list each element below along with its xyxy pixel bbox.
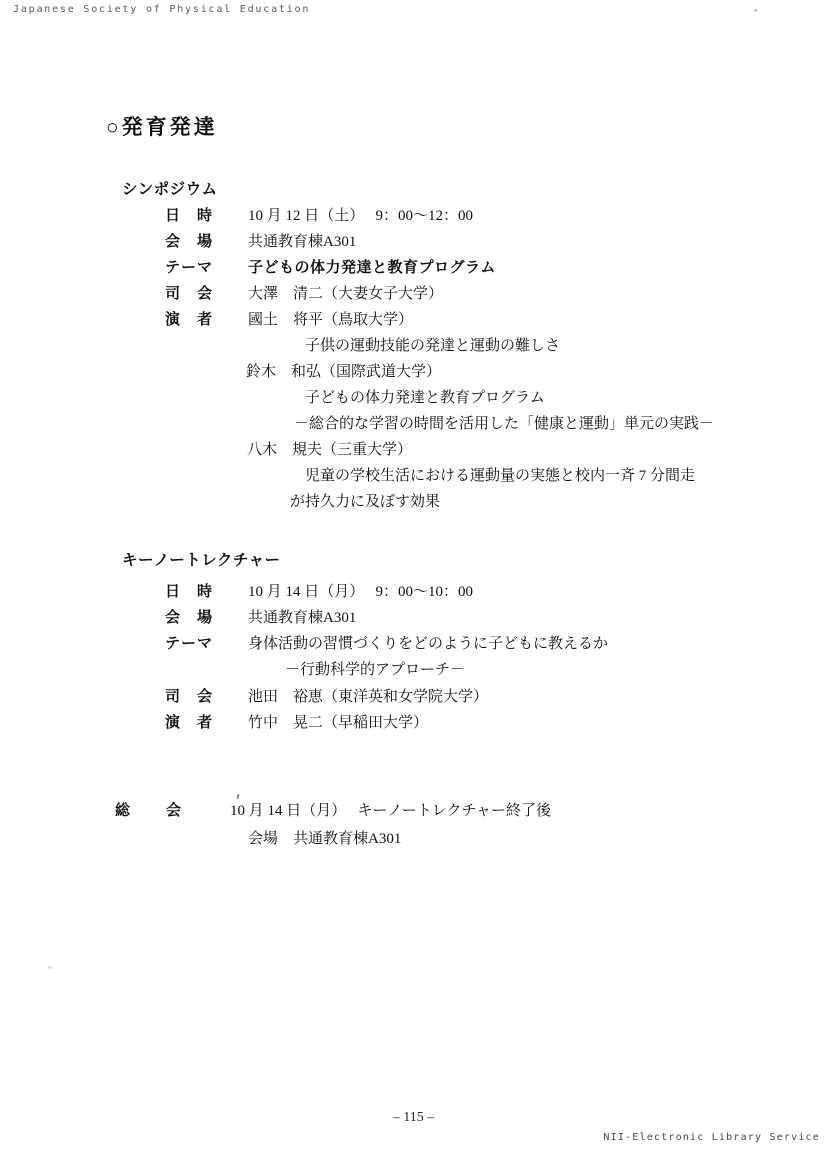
page-number: – 115 – xyxy=(0,1110,827,1126)
symposium-speaker-label: 演 者 xyxy=(165,311,213,329)
symposium-speaker2-name: 鈴木 和弘（国際武道大学） xyxy=(246,363,441,381)
symposium-speaker1-title: 子供の運動技能の発達と運動の難しさ xyxy=(305,337,560,355)
keynote-theme-label: テーマ xyxy=(165,635,213,653)
keynote-datetime-value: 10 月 14 日（月） 9：00～10：00 xyxy=(248,583,473,601)
general-meeting-label: 総 会 xyxy=(115,802,183,820)
footer-service-label: NII-Electronic Library Service xyxy=(603,1132,820,1144)
symposium-theme-value: 子どもの体力発達と教育プログラム xyxy=(248,259,496,277)
keynote-chair-value: 池田 裕恵（東洋英和女学院大学） xyxy=(248,688,488,706)
symposium-speaker3-name: 八木 規夫（三重大学） xyxy=(247,441,412,459)
keynote-venue-label: 会 場 xyxy=(165,609,213,627)
symposium-speaker2-title: 子どもの体力発達と教育プログラム xyxy=(305,389,545,407)
scan-artifact-dot xyxy=(754,9,757,12)
keynote-venue-value: 共通教育棟A301 xyxy=(248,609,356,627)
keynote-theme-subtitle: －行動科学的アプローチ－ xyxy=(285,661,465,679)
symposium-venue-value: 共通教育棟A301 xyxy=(248,233,356,251)
document-page: Japanese Society of Physical Education ○… xyxy=(0,0,827,1170)
symposium-theme-label: テーマ xyxy=(165,259,213,277)
symposium-speaker3-title-line2: が持久力に及ぼす効果 xyxy=(290,493,440,511)
symposium-heading: シンポジウム xyxy=(122,181,217,200)
symposium-speaker1-name: 國土 将平（鳥取大学） xyxy=(248,311,413,329)
symposium-chair-value: 大澤 清二（大妻女子大学） xyxy=(248,285,443,303)
symposium-datetime-value: 10 月 12 日（土） 9：00～12：00 xyxy=(248,207,473,225)
scan-artifact-mark xyxy=(48,966,52,969)
symposium-speaker2-subtitle: －総合的な学習の時間を活用した「健康と運動」単元の実践－ xyxy=(294,415,714,433)
keynote-chair-label: 司 会 xyxy=(165,688,213,706)
scan-artifact-tick xyxy=(237,794,240,799)
symposium-datetime-label: 日 時 xyxy=(165,207,213,225)
general-meeting-venue: 会場 共通教育棟A301 xyxy=(248,830,401,848)
document-title: ○発育発達 xyxy=(106,115,218,140)
symposium-speaker3-title-line1: 児童の学校生活における運動量の実態と校内一斉 7 分間走 xyxy=(305,467,695,485)
keynote-speaker1-name: 竹中 晃二（早稲田大学） xyxy=(248,714,428,732)
symposium-chair-label: 司 会 xyxy=(165,285,213,303)
keynote-datetime-label: 日 時 xyxy=(165,583,213,601)
keynote-heading: キーノートレクチャー xyxy=(122,552,280,571)
page-header: Japanese Society of Physical Education xyxy=(13,4,310,16)
symposium-venue-label: 会 場 xyxy=(165,233,213,251)
general-meeting-datetime: 10 月 14 日（月） キーノートレクチャー終了後 xyxy=(230,802,551,820)
keynote-speaker-label: 演 者 xyxy=(165,714,213,732)
keynote-theme-value: 身体活動の習慣づくりをどのように子どもに教えるか xyxy=(248,635,608,653)
